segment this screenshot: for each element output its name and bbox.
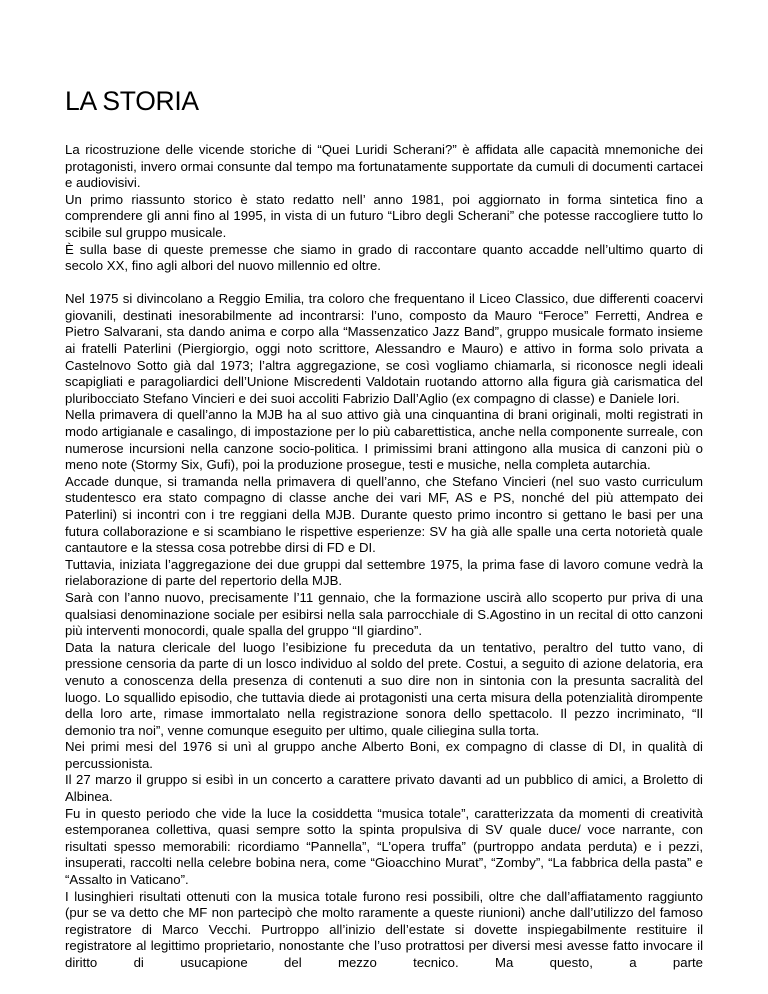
document-page: LA STORIA La ricostruzione delle vicende… [65,86,703,972]
history-section: Nel 1975 si divincolano a Reggio Emilia,… [65,291,703,971]
history-paragraph-mjb-spring: Nella primavera di quell’anno la MJB ha … [65,407,703,473]
history-paragraph-broletto-concert: Il 27 marzo il gruppo si esibì in un con… [65,772,703,805]
intro-paragraph-1: La ricostruzione delle vicende storiche … [65,142,703,192]
history-paragraph-registratore: I lusinghieri risultati ottenuti con la … [65,889,703,972]
history-paragraph-first-recital: Sarà con l’anno nuovo, precisamente l’11… [65,590,703,640]
intro-paragraph-2: Un primo riassunto storico è stato redat… [65,192,703,242]
history-paragraph-1975-groups: Nel 1975 si divincolano a Reggio Emilia,… [65,291,703,407]
history-paragraph-censorship: Data la natura clericale del luogo l’esi… [65,640,703,740]
history-paragraph-first-meeting: Accade dunque, si tramanda nella primave… [65,474,703,557]
history-paragraph-alberto-boni: Nei primi mesi del 1976 si unì al gruppo… [65,739,703,772]
document-title: LA STORIA [65,86,703,116]
intro-section: La ricostruzione delle vicende storiche … [65,142,703,275]
history-paragraph-aggregation: Tuttavia, iniziata l’aggregazione dei du… [65,557,703,590]
history-paragraph-musica-totale: Fu in questo periodo che vide la luce la… [65,806,703,889]
intro-paragraph-3: È sulla base di queste premesse che siam… [65,242,703,275]
